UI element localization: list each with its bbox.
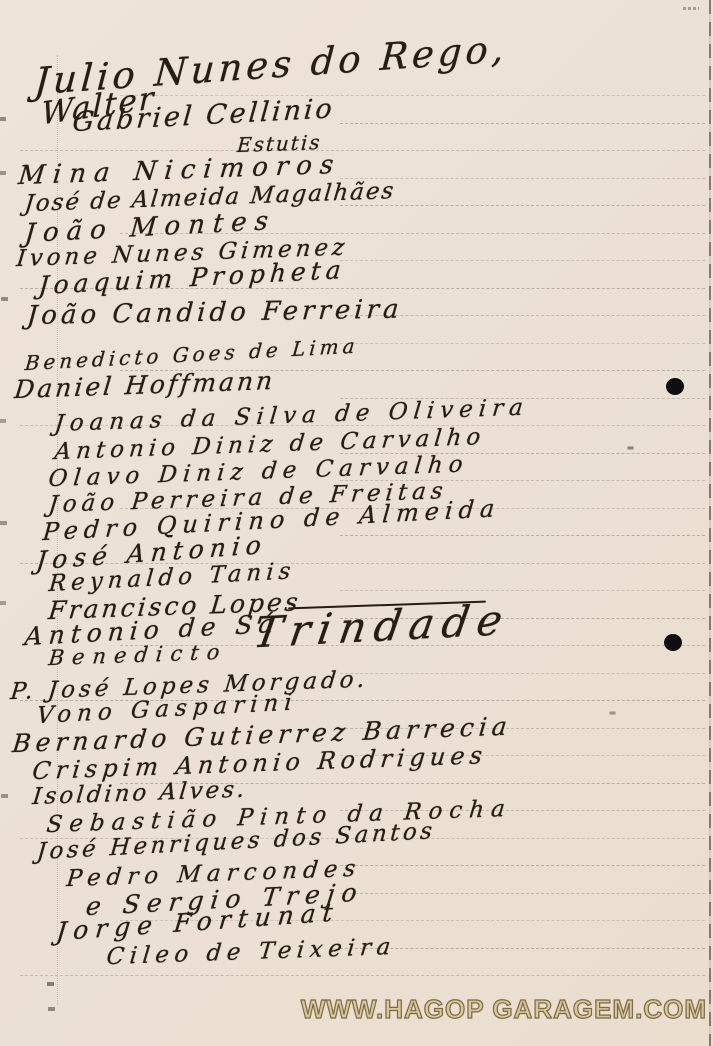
hole-punch xyxy=(666,378,684,395)
scan-artifacts xyxy=(0,0,5,2)
ruled-line xyxy=(120,95,705,96)
ruled-line xyxy=(20,975,705,976)
ruled-line xyxy=(340,893,705,894)
ruled-line xyxy=(340,343,705,344)
ruled-line xyxy=(20,150,705,151)
ruled-line xyxy=(340,673,705,674)
ruled-line xyxy=(340,205,705,206)
page-edge-line xyxy=(709,0,711,1046)
watermark-text: WWW.HAGOP GARAGEM.COM xyxy=(301,994,707,1025)
signature-line: Benedicto xyxy=(47,640,228,670)
signature-line: João Candido Ferreira xyxy=(26,294,404,331)
ruled-line xyxy=(340,865,705,866)
ruled-line xyxy=(340,260,705,261)
ruled-line xyxy=(340,590,705,591)
scanned-document-page: Julio Nunes do Rego,WalterGabriel Cellin… xyxy=(0,0,713,1046)
ruled-line xyxy=(340,535,705,536)
scan-corner-mark xyxy=(683,7,699,10)
hole-punch xyxy=(664,634,682,651)
ruled-line xyxy=(340,123,705,124)
